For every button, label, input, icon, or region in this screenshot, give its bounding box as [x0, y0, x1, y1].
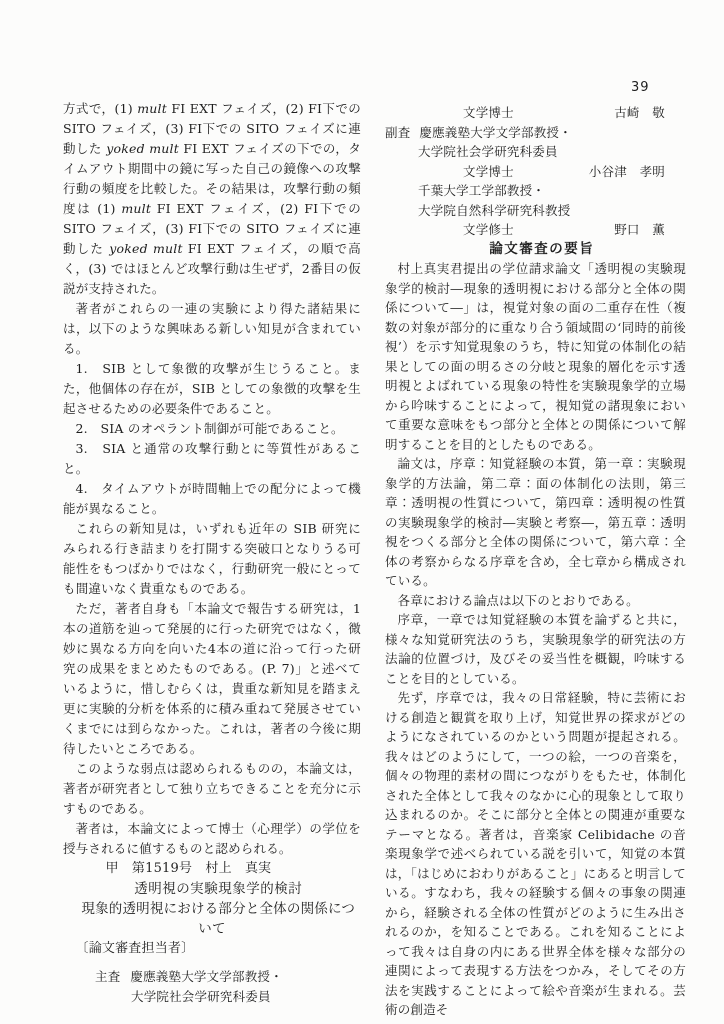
- chief-examiner-role: 主査: [63, 967, 130, 987]
- committee-affiliation-line: 千葉大学工学部教授・: [385, 181, 686, 201]
- text-segment-italic: mult: [121, 201, 151, 216]
- finding-item-4: 4. タイムアウトが時間軸上での配分によって機能が異なること。: [63, 479, 361, 519]
- paragraph-experiment-results: 方式で，(1) mult FI EXT フェイズ，(2) FI下での SITO …: [63, 99, 361, 299]
- document-page: 39 方式で，(1) mult FI EXT フェイズ，(2) FI下での SI…: [0, 0, 724, 1024]
- degree-label: 文学修士: [385, 220, 514, 240]
- committee-role-line: 副査 慶應義塾大学文学部教授・: [385, 123, 686, 143]
- examiner-name: 野口 薫: [614, 220, 686, 240]
- committee-degree-line: 文学博士 小谷津 孝明: [385, 162, 686, 182]
- examiner-affiliation: 大学院社会学研究科委員: [385, 142, 558, 162]
- right-column: 文学博士 古崎 敬 副査 慶應義塾大学文学部教授・ 大学院社会学研究科委員 文学…: [385, 103, 686, 1020]
- committee-affiliation-line: 大学院自然科学研究科教授: [385, 201, 686, 221]
- finding-item-1: 1. SIB として象徴的攻撃が生じうること。また，他個体の存在が，SIB とし…: [63, 359, 361, 419]
- thesis-title: 透明視の実験現象学的検討: [63, 879, 361, 899]
- chief-examiner-affiliation-1: 慶應義塾大学文学部教授・: [130, 967, 282, 987]
- paragraph-chapter-points-intro: 各章における論点は以下のとおりである。: [385, 591, 686, 611]
- committee-affiliation-line: 大学院社会学研究科委員: [385, 142, 686, 162]
- paragraph-new-findings-intro: 著者がこれらの一連の実験により得た諸結果には，以下のような興味ある新しい知見が含…: [63, 299, 361, 359]
- examiner-affiliation: 千葉大学工学部教授・: [385, 181, 545, 201]
- paragraph-intro-chapter-detail: 先ず，序章では，我々の日常経験，特に芸術における創造と観賞を取り上げ，知覚世界の…: [385, 688, 686, 1020]
- thesis-subtitle: 現象的透明視における部分と全体の関係について: [63, 899, 361, 939]
- examiner-affiliation: 大学院自然科学研究科教授: [385, 201, 570, 221]
- paragraph-thesis-purpose: 村上真実君提出の学位請求論文「透明視の実験現象学的検討―現象的透明視における部分…: [385, 259, 686, 454]
- text-segment-italic: mult: [137, 101, 167, 116]
- case-number-line: 甲 第1519号 村上 真実: [63, 859, 361, 879]
- chief-examiner-line: 主査 慶應義塾大学文学部教授・: [63, 967, 361, 987]
- chief-examiner-affiliation-2: 大学院社会学研究科委員: [63, 987, 361, 1007]
- text-segment-italic: yoked mult: [106, 141, 179, 156]
- paragraph-findings-value: これらの新知見は，いずれも近年の SIB 研究にみられる行き詰まりを打開する突破…: [63, 519, 361, 599]
- paragraph-degree-conferral: 著者は，本論文によって博士（心理学）の学位を授与されるに値するものと認められる。: [63, 819, 361, 859]
- paragraph-weakness: このような弱点は認められるものの，本論文は，著者が研究者として独り立ちできること…: [63, 759, 361, 819]
- deputy-examiner-role: 副査: [385, 123, 419, 143]
- committee-degree-line: 文学修士 野口 薫: [385, 220, 686, 240]
- finding-item-2: 2. SIA のオペラント制御が可能であること。: [63, 419, 361, 439]
- paragraph-intro-chapter-aim: 序章，一章では知覚経験の本質を論ずると共に，様々な知覚研究法のうち，実験現象学的…: [385, 610, 686, 688]
- page-number: 39: [631, 80, 650, 95]
- text-segment: 方式で，(1): [63, 101, 137, 116]
- paragraph-author-quote: ただ，著者自身も「本論文で報告する研究は，1本の道筋を辿って発展的に行った研究で…: [63, 599, 361, 759]
- examiner-name: 小谷津 孝明: [589, 162, 686, 182]
- review-summary-heading: 論文審査の要旨: [385, 240, 686, 260]
- examiner-name: 古崎 敬: [614, 103, 686, 123]
- degree-label: 文学博士: [385, 162, 514, 182]
- paragraph-thesis-structure: 論文は，序章：知覚経験の本質，第一章：実験現象学的方法論，第二章：面の体制化の法…: [385, 454, 686, 591]
- left-column: 方式で，(1) mult FI EXT フェイズ，(2) FI下での SITO …: [63, 99, 361, 1007]
- finding-item-3: 3. SIA と通常の攻撃行動とに等質性があること。: [63, 439, 361, 479]
- examiners-heading: 〔論文審査担当者〕: [63, 939, 361, 959]
- examiner-affiliation: 慶應義塾大学文学部教授・: [419, 123, 571, 143]
- degree-label: 文学博士: [385, 103, 514, 123]
- committee-degree-line: 文学博士 古崎 敬: [385, 103, 686, 123]
- text-segment-italic: yoked mult: [109, 241, 182, 256]
